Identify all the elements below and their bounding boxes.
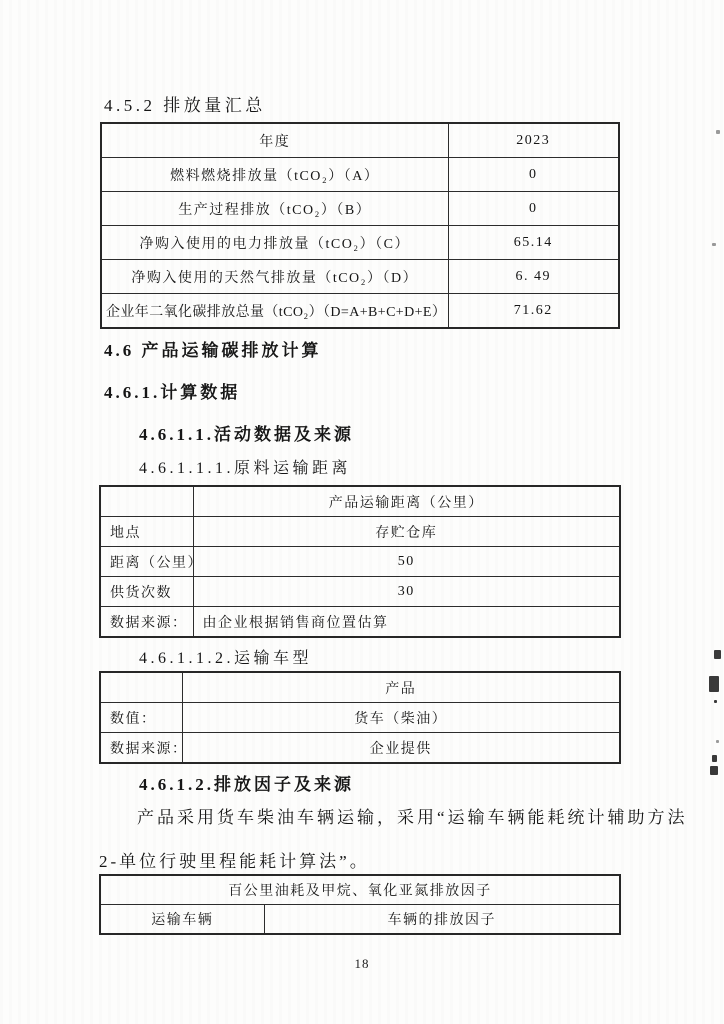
vehicle-type-table: 产品 数值： 货车（柴油） 数据来源： 企业提供 bbox=[99, 671, 621, 764]
scan-artifact bbox=[714, 650, 721, 659]
row-value-distance: 50 bbox=[193, 547, 620, 577]
table-row: 产品 bbox=[100, 672, 620, 703]
row-label-distance: 距离（公里） bbox=[100, 547, 193, 577]
table-row: 数据来源： 企业提供 bbox=[100, 733, 620, 764]
transport-distance-table: 产品运输距离（公里） 地点 存贮仓库 距离（公里） 50 供货次数 30 数据来… bbox=[99, 485, 621, 638]
document-page: 4.5.2 排放量汇总 年度 2023 燃料燃烧排放量（tCO₂）（A） 0 生… bbox=[0, 0, 724, 1024]
scan-artifact bbox=[716, 740, 719, 743]
row-label-process-emission: 生产过程排放（tCO₂）（B） bbox=[101, 192, 448, 226]
section-heading-4-6-1-1-1: 4.6.1.1.1.原料运输距离 bbox=[139, 455, 351, 478]
row-label-total-co2: 企业年二氧化碳排放总量（tCO₂）（D=A+B+C+D+E） bbox=[101, 294, 448, 329]
body-paragraph-line-2: 2-单位行驶里程能耗计算法”。 bbox=[99, 847, 370, 872]
table-row: 距离（公里） 50 bbox=[100, 547, 620, 577]
scan-artifact bbox=[716, 130, 720, 134]
row-value-natural-gas-emission: 6. 49 bbox=[448, 260, 619, 294]
table-header-2023: 2023 bbox=[448, 123, 619, 158]
table-row: 燃料燃烧排放量（tCO₂）（A） 0 bbox=[101, 158, 619, 192]
column-header-vehicle-emission-factor: 车辆的排放因子 bbox=[264, 905, 620, 935]
section-heading-4-6-1-1: 4.6.1.1.活动数据及来源 bbox=[139, 420, 354, 445]
row-label-natural-gas-emission: 净购入使用的天然气排放量（tCO₂）（D） bbox=[101, 260, 448, 294]
emission-factor-table: 百公里油耗及甲烷、氧化亚氮排放因子 运输车辆 车辆的排放因子 bbox=[99, 874, 621, 935]
header-empty-cell bbox=[100, 486, 193, 517]
row-value-truck-diesel: 货车（柴油） bbox=[182, 703, 620, 733]
header-emission-factor-title: 百公里油耗及甲烷、氧化亚氮排放因子 bbox=[100, 875, 620, 905]
table-row: 净购入使用的电力排放量（tCO₂）（C） 65.14 bbox=[101, 226, 619, 260]
row-value-location: 存贮仓库 bbox=[193, 517, 620, 547]
header-transport-distance: 产品运输距离（公里） bbox=[193, 486, 620, 517]
table-row: 运输车辆 车辆的排放因子 bbox=[100, 905, 620, 935]
scan-artifact bbox=[712, 243, 716, 246]
table-header-year: 年度 bbox=[101, 123, 448, 158]
scan-artifact bbox=[709, 676, 719, 692]
column-header-transport-vehicle: 运输车辆 bbox=[100, 905, 264, 935]
body-paragraph-line-1: 产品采用货车柴油车辆运输，采用“运输车辆能耗统计辅助方法 bbox=[137, 803, 688, 828]
table-row: 数据来源： 由企业根据销售商位置估算 bbox=[100, 607, 620, 638]
section-heading-4-6-1: 4.6.1.计算数据 bbox=[104, 378, 240, 403]
section-heading-4-6-1-1-2: 4.6.1.1.2.运输车型 bbox=[139, 645, 312, 668]
page-number: 18 bbox=[0, 956, 724, 972]
table-row: 生产过程排放（tCO₂）（B） 0 bbox=[101, 192, 619, 226]
row-value-process-emission: 0 bbox=[448, 192, 619, 226]
row-label-value: 数值： bbox=[100, 703, 182, 733]
table-row: 产品运输距离（公里） bbox=[100, 486, 620, 517]
row-value-enterprise-provided: 企业提供 bbox=[182, 733, 620, 764]
table-row: 年度 2023 bbox=[101, 123, 619, 158]
row-label-location: 地点 bbox=[100, 517, 193, 547]
table-row: 供货次数 30 bbox=[100, 577, 620, 607]
table-row: 地点 存贮仓库 bbox=[100, 517, 620, 547]
table-row: 企业年二氧化碳排放总量（tCO₂）（D=A+B+C+D+E） 71.62 bbox=[101, 294, 619, 329]
row-value-delivery-count: 30 bbox=[193, 577, 620, 607]
table-row: 数值： 货车（柴油） bbox=[100, 703, 620, 733]
section-heading-4-5-2: 4.5.2 排放量汇总 bbox=[104, 91, 266, 116]
row-label-electricity-emission: 净购入使用的电力排放量（tCO₂）（C） bbox=[101, 226, 448, 260]
row-label-fuel-combustion: 燃料燃烧排放量（tCO₂）（A） bbox=[101, 158, 448, 192]
row-value-electricity-emission: 65.14 bbox=[448, 226, 619, 260]
scan-artifact bbox=[714, 700, 717, 703]
row-value-fuel-combustion: 0 bbox=[448, 158, 619, 192]
emission-summary-table: 年度 2023 燃料燃烧排放量（tCO₂）（A） 0 生产过程排放（tCO₂）（… bbox=[100, 122, 620, 329]
header-product: 产品 bbox=[182, 672, 620, 703]
table-row: 净购入使用的天然气排放量（tCO₂）（D） 6. 49 bbox=[101, 260, 619, 294]
row-label-data-source: 数据来源： bbox=[100, 733, 182, 764]
row-label-data-source: 数据来源： bbox=[100, 607, 193, 638]
row-value-total-co2: 71.62 bbox=[448, 294, 619, 329]
scan-artifact bbox=[710, 766, 718, 775]
section-heading-4-6: 4.6 产品运输碳排放计算 bbox=[104, 336, 322, 361]
scan-artifact bbox=[712, 755, 717, 762]
row-label-delivery-count: 供货次数 bbox=[100, 577, 193, 607]
section-heading-4-6-1-2: 4.6.1.2.排放因子及来源 bbox=[139, 770, 354, 795]
header-empty-cell bbox=[100, 672, 182, 703]
table-row: 百公里油耗及甲烷、氧化亚氮排放因子 bbox=[100, 875, 620, 905]
row-value-data-source: 由企业根据销售商位置估算 bbox=[193, 607, 620, 638]
